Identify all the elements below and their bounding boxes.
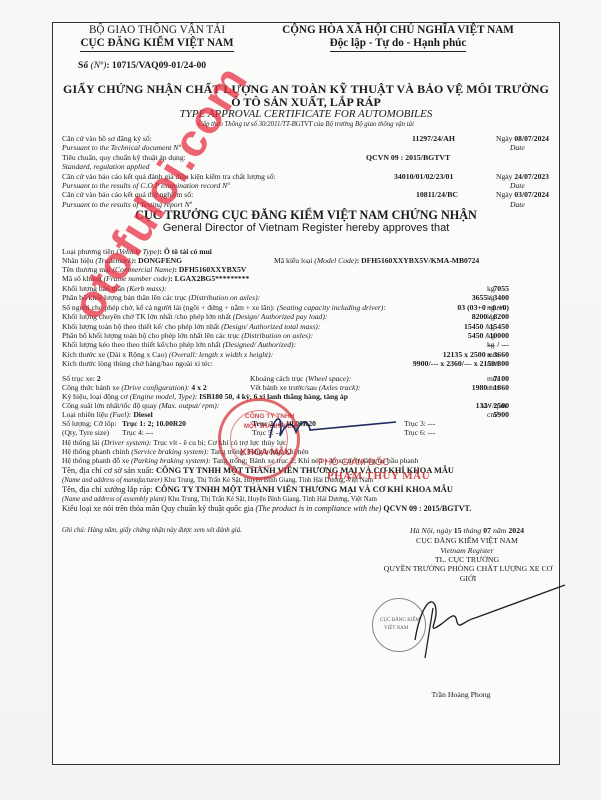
ministry-name: BỘ GIAO THÔNG VẬN TẢI [72, 24, 242, 37]
ref-testing-report-value: 10811/24/BC [416, 190, 458, 199]
vehicle-type: Loại phương tiện (Vehicle Type): Ô tô tả… [62, 247, 212, 256]
spec-row: Phân bố khối lượng toàn bộ cho phép lớn … [62, 331, 313, 340]
spec-row: Kích thước lòng thùng chở hàng/bao ngoài… [62, 359, 213, 368]
signing-org: CỤC ĐĂNG KIỂM VIỆT NAM [372, 536, 562, 546]
deputy-director-name: PHẠM THỦY MẪU [327, 470, 430, 482]
frame-code: Mã số khung (Frame number code): LGAX2BG… [62, 274, 249, 283]
ref-technical-doc-value: 11297/24/AH [412, 134, 455, 143]
spec-unit: mm [487, 359, 499, 368]
engine-model: Ký hiệu, loại động cơ (Engine model, Typ… [62, 392, 348, 401]
model-code: Mã kiểu loại (Model Code): DFH5160XXYBX5… [274, 256, 479, 265]
signing-org-en: Vietnam Register [440, 546, 493, 555]
ref-standard: Tiêu chuẩn, quy chuẩn kỹ thuật áp dụng: [62, 153, 186, 162]
assembly-plant: Tên, địa chỉ xưởng lắp ráp: CÔNG TY TNHH… [62, 485, 453, 494]
fuel: Loại nhiên liệu (Fuel): Diesel [62, 410, 153, 419]
spec-unit: người [487, 303, 505, 312]
spec-row: Kích thước xe (Dài x Rộng x Cao) (Overal… [62, 350, 273, 359]
ref-testing-report: Căn cứ vào báo cáo kết quả thử nghiệm số… [62, 190, 193, 199]
spec-unit: kg [487, 293, 495, 302]
spec-value: 7055 [493, 284, 509, 293]
drive-configuration: Công thức bánh xe (Drive configuration):… [62, 383, 207, 392]
spec-row: Khối lượng chuyên chở TK lớn nhất /cho p… [62, 312, 327, 321]
max-output: Công suất lớn nhất/tốc độ quay (Max. out… [62, 401, 219, 410]
approval-heading-en: General Director of Vietnam Register her… [52, 222, 560, 234]
spec-unit: kg [487, 331, 495, 340]
trademark: Nhãn hiệu (Trademark): DONGFENG [62, 256, 182, 265]
spec-row: Số người cho phép chở, kể cả người lái (… [62, 303, 386, 312]
commercial-name: Tên thương mại (Commercial Name): DFH516… [62, 265, 246, 274]
company-stamp [218, 398, 300, 480]
issued-under: Cấp theo Thông tư số 30/2011/TT-BGTVT củ… [52, 121, 560, 128]
spec-value: 12135 x 2500 x 3660 [443, 350, 509, 359]
national-header: CỘNG HÒA XÃ HỘI CHỦ NGHĨA VIỆT NAM Độc l… [248, 24, 548, 52]
place-date: Hà Nội, ngày 15 tháng 07 năm 2024 [372, 526, 562, 536]
ref-cop-record: Căn cứ vào báo cáo kết quả đánh giá điều… [62, 172, 276, 181]
spec-row: Khối lượng kéo theo theo thiết kế/cho ph… [62, 340, 296, 349]
spec-row: Khối lượng toàn bộ theo thiết kế/ cho ph… [62, 322, 320, 331]
signer-position: QUYỀN TRƯỞNG PHÒNG CHẤT LƯỢNG XE CƠ GIỚI [378, 564, 558, 583]
spec-unit: kg [487, 312, 495, 321]
certificate-number: Số (Nº): 10715/VAQ09-01/24-00 [78, 60, 206, 71]
ref-standard-value: QCVN 09 : 2015/BGTVT [366, 153, 450, 162]
country-name: CỘNG HÒA XÃ HỘI CHỦ NGHĨA VIỆT NAM [248, 24, 548, 37]
spec-unit: kg [487, 284, 495, 293]
annual-review-note: Ghi chú: Hàng năm, giấy chứng nhận này đ… [62, 526, 242, 535]
spec-unit: kg [487, 322, 495, 331]
ref-cop-record-value: 34010/01/02/23/01 [394, 172, 453, 181]
spec-unit: mm [487, 350, 499, 359]
spec-unit: kg [487, 340, 495, 349]
axles-track: Vết bánh xe trước/sau (Axles track): [250, 383, 360, 392]
approval-heading: CỤC TRƯỞNG CỤC ĐĂNG KIỂM VIỆT NAM CHỨNG … [52, 208, 560, 223]
document-page: BỘ GIAO THÔNG VẬN TẢI CỤC ĐĂNG KIỂM VIỆT… [0, 0, 601, 800]
national-motto: Độc lập - Tự do - Hạnh phúc [330, 37, 467, 52]
ref-technical-doc: Căn cứ vào hồ sơ đăng ký số: [62, 134, 152, 143]
tyres-label: Số lượng; Cỡ lốp: [62, 419, 117, 428]
signer-name: Trần Hoàng Phong [366, 690, 556, 700]
issuer-header: BỘ GIAO THÔNG VẬN TẢI CỤC ĐĂNG KIỂM VIỆT… [72, 24, 242, 52]
agency-name: CỤC ĐĂNG KIỂM VIỆT NAM [80, 37, 233, 52]
axle-count: Số trục xe: 2 [62, 374, 101, 383]
spec-row: Phân bố khối lượng bản thân lên các trục… [62, 293, 260, 302]
title-english: TYPE APPROVAL CERTIFICATE FOR AUTOMOBILE… [52, 108, 560, 120]
compliance-statement: Kiểu loại xe nói trên thỏa mãn Quy chuẩn… [62, 504, 471, 513]
deputy-director-title: PHÓ GIÁM ĐỐC [318, 457, 389, 468]
wheel-space: Khoảng cách trục (Wheel space): [250, 374, 351, 383]
spec-row: Khối lượng bản thân (Kerb mass): [62, 284, 167, 293]
